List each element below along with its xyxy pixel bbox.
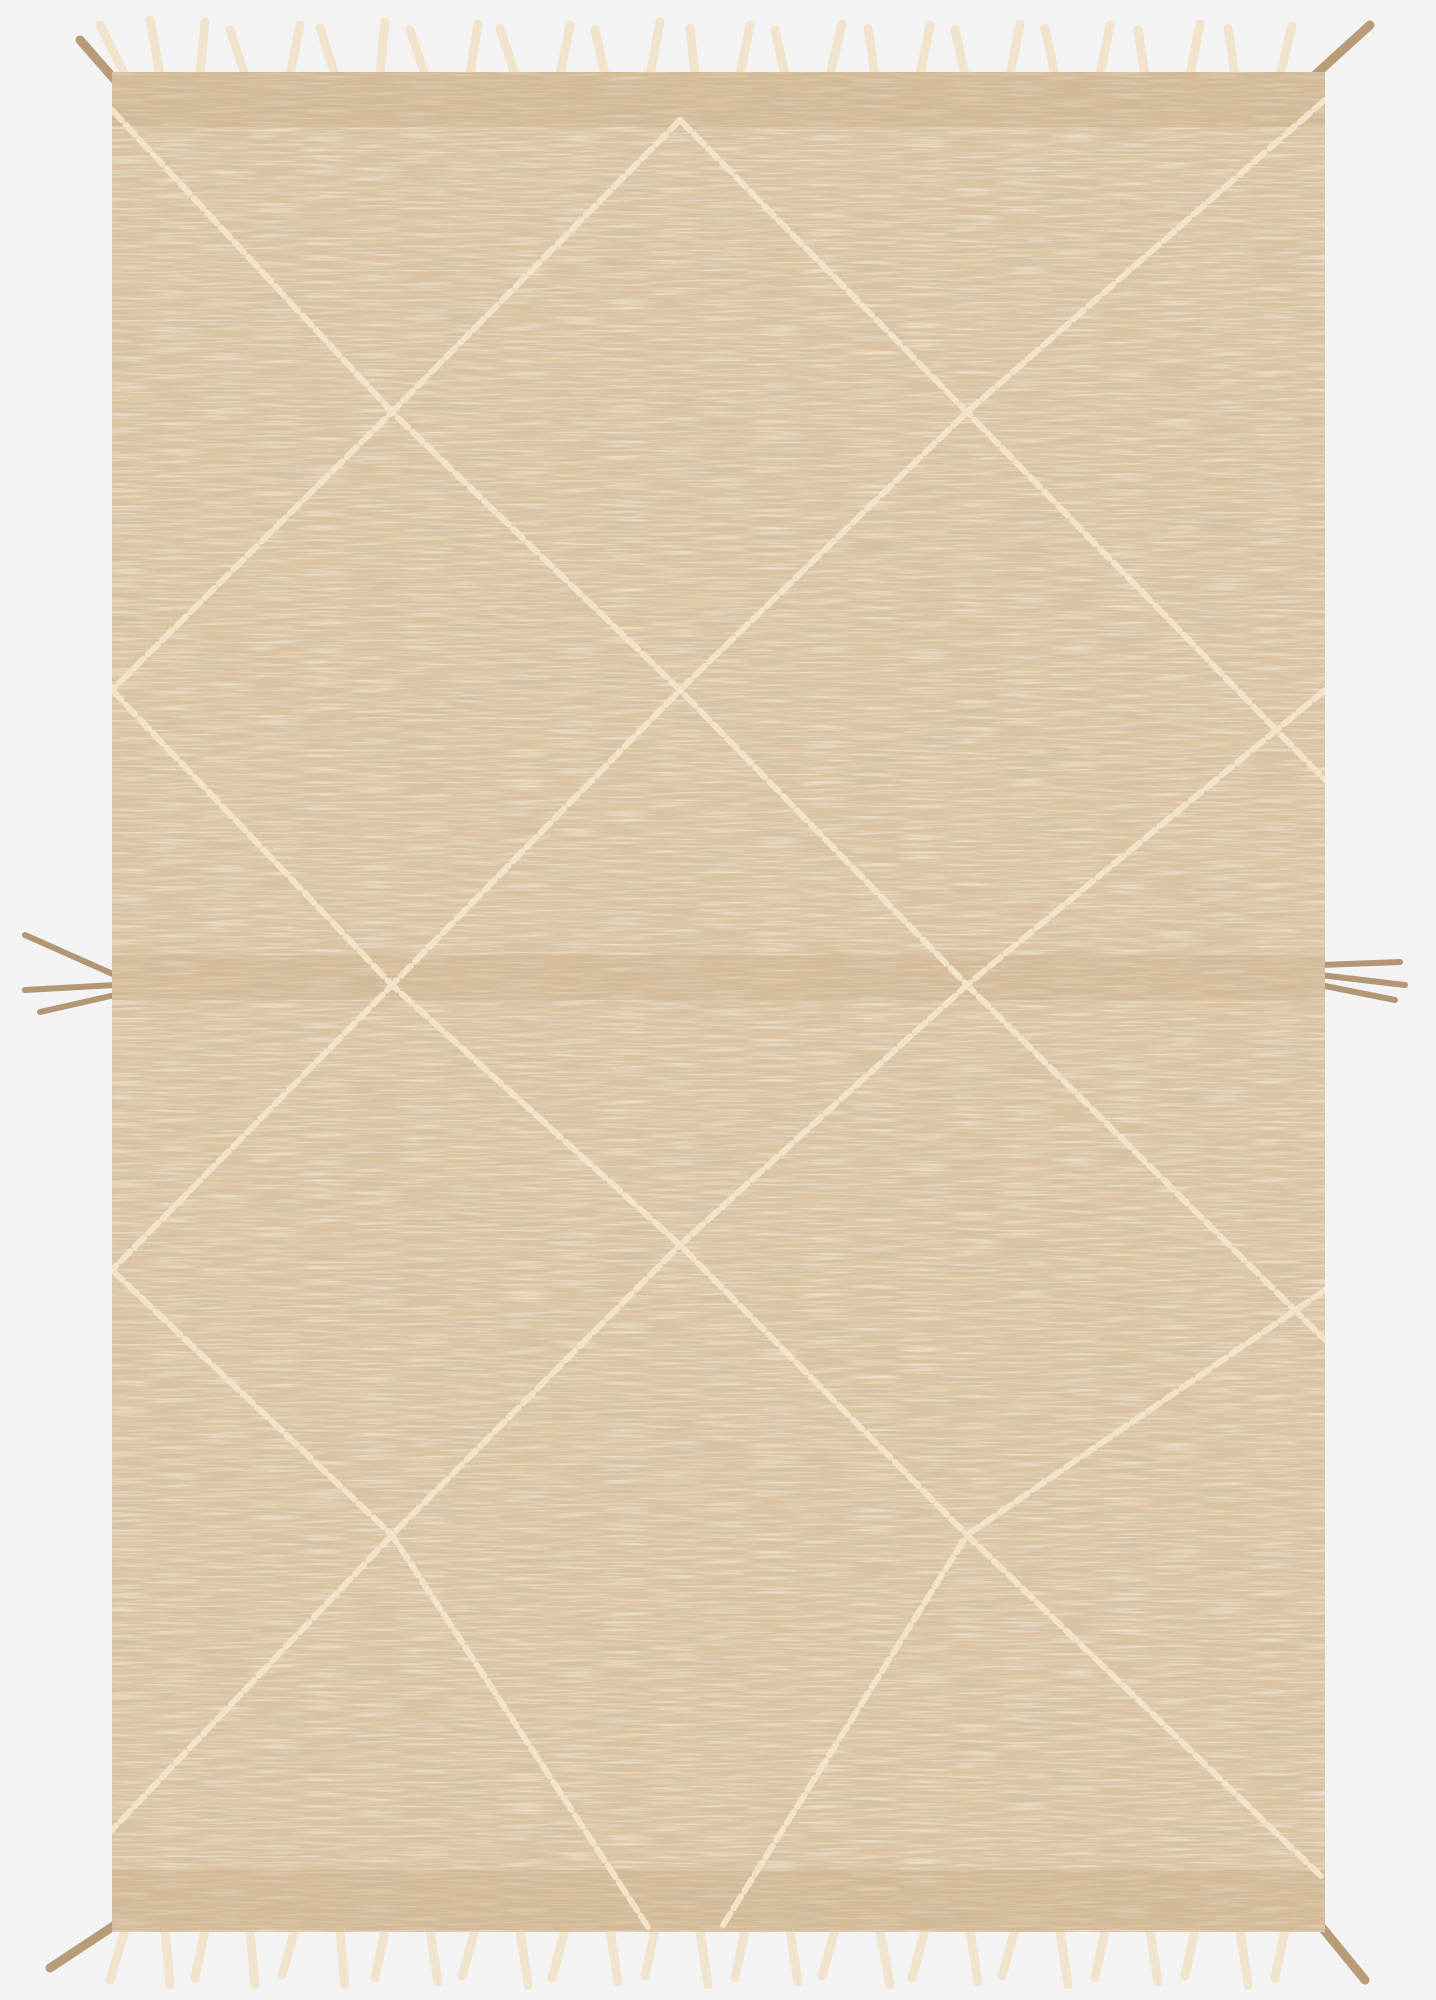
top-fringe <box>80 20 1370 80</box>
bottom-fringe <box>50 1925 1365 1985</box>
rug-photo <box>0 0 1436 2000</box>
rug-body <box>112 72 1325 1932</box>
